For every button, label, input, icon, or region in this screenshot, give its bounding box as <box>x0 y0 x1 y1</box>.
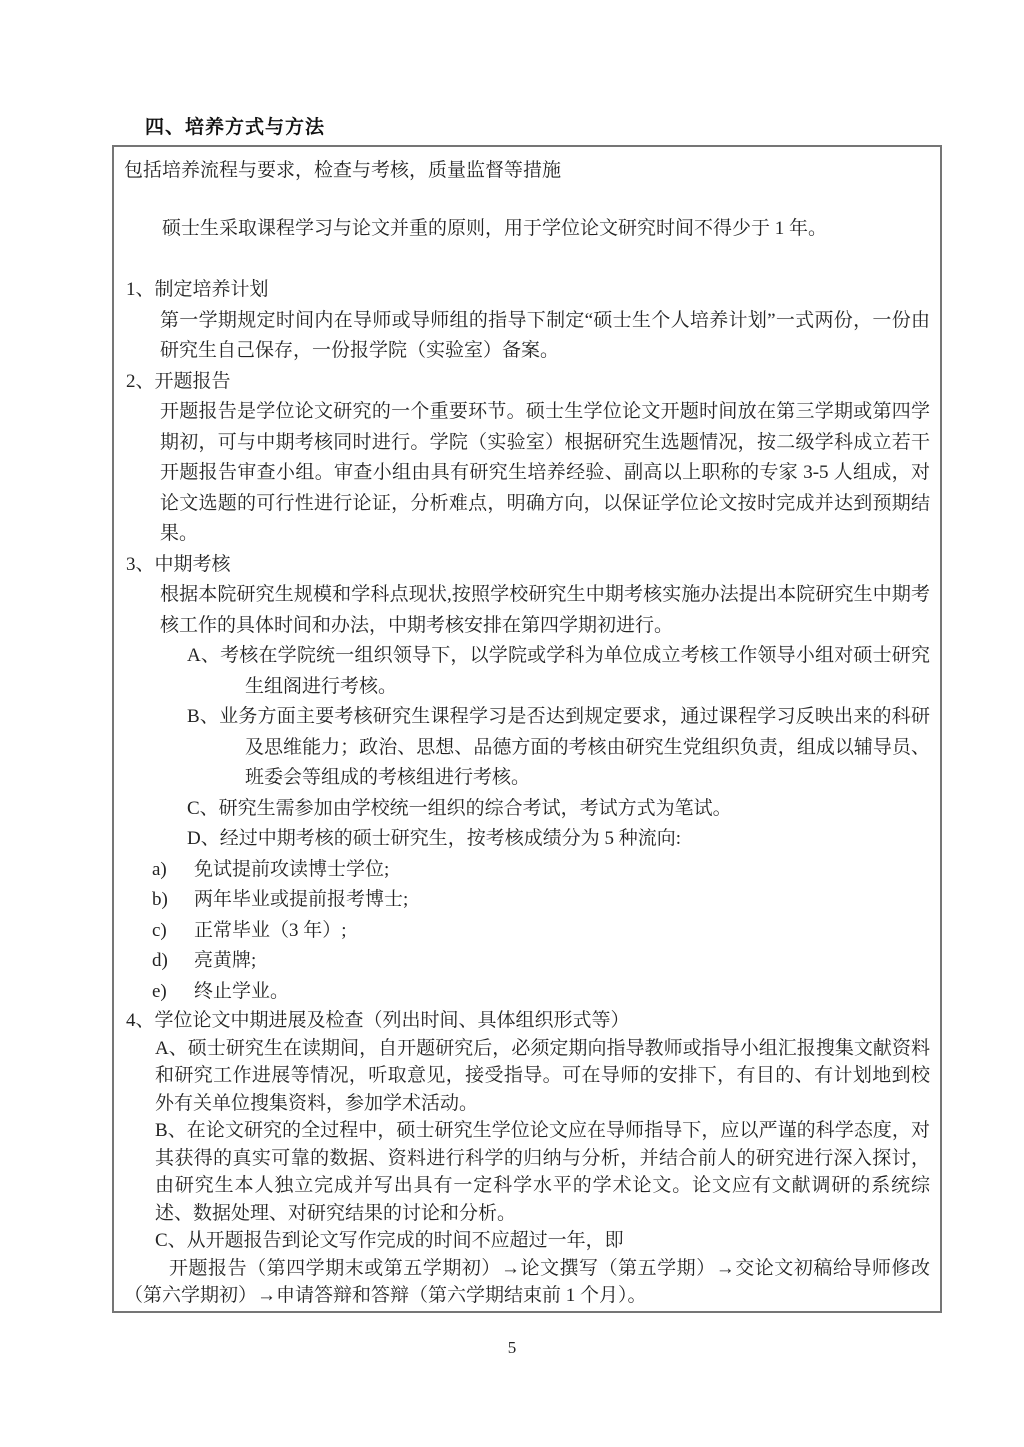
outcome-text: 终止学业。 <box>194 977 932 1008</box>
section-3-heading: 3、中期考核 <box>126 550 932 581</box>
section-1-body: 第一学期规定时间内在导师或导师组的指导下制定“硕士生个人培养计划”一式两份，一份… <box>160 306 930 367</box>
progress-item-c: C、从开题报告到论文写作完成的时间不应超过一年，即 <box>155 1227 930 1255</box>
outcome-item: c) 正常毕业（3 年）; <box>124 916 932 947</box>
assessment-item-b: B、业务方面主要考核研究生课程学习是否达到规定要求，通过课程学习反映出来的科研及… <box>124 702 930 794</box>
outcome-item: a) 免试提前攻读博士学位; <box>124 855 932 886</box>
outcome-label: d) <box>152 946 194 977</box>
thesis-timeline-flow: 开题报告（第四学期末或第五学期初）→论文撰写（第五学期）→交论文初稿给导师修改（… <box>124 1255 930 1310</box>
section-4: 4、学位论文中期进展及检查（列出时间、具体组织形式等） A、硕士研究生在读期间，… <box>124 1007 932 1310</box>
section-1-heading: 1、制定培养计划 <box>126 275 932 306</box>
progress-item-b: B、在论文研究的全过程中，硕士研究生学位论文应在导师指导下，应以严谨的科学态度，… <box>155 1117 930 1227</box>
assessment-item-c: C、研究生需参加由学校统一组织的综合考试，考试方式为笔试。 <box>124 794 930 825</box>
outcome-label: c) <box>152 916 194 947</box>
progress-item-a: A、硕士研究生在读期间，自开题研究后，必须定期向指导教师或指导小组汇报搜集文献资… <box>155 1035 930 1118</box>
page-number: 5 <box>0 1338 1024 1358</box>
assessment-item-d: D、经过中期考核的硕士研究生，按考核成绩分为 5 种流向: <box>124 824 930 855</box>
assessment-item-a: A、考核在学院统一组织领导下，以学院或学科为单位成立考核工作领导小组对硕士研究生… <box>124 641 930 702</box>
outcome-text: 两年毕业或提前报考博士; <box>194 885 932 916</box>
section-title: 四、培养方式与方法 <box>145 112 325 139</box>
section-3-body: 根据本院研究生规模和学科点现状,按照学校研究生中期考核实施办法提出本院研究生中期… <box>160 580 930 641</box>
section-2-heading: 2、开题报告 <box>126 367 932 398</box>
section-2-body: 开题报告是学位论文研究的一个重要环节。硕士生学位论文开题时间放在第三学期或第四学… <box>160 397 930 550</box>
outcome-item: e) 终止学业。 <box>124 977 932 1008</box>
document-page: 四、培养方式与方法 包括培养流程与要求，检查与考核，质量监督等措施 硕士生采取课… <box>0 0 1024 1447</box>
outcome-label: e) <box>152 977 194 1008</box>
outcome-text: 亮黄牌; <box>194 946 932 977</box>
outcome-label: a) <box>152 855 194 886</box>
content-box: 包括培养流程与要求，检查与考核，质量监督等措施 硕士生采取课程学习与论文并重的原… <box>112 145 942 1313</box>
intro-paragraph: 硕士生采取课程学习与论文并重的原则，用于学位论文研究时间不得少于 1 年。 <box>124 214 932 245</box>
outcome-item: b) 两年毕业或提前报考博士; <box>124 885 932 916</box>
section-4-heading: 4、学位论文中期进展及检查（列出时间、具体组织形式等） <box>126 1007 932 1035</box>
outcome-text: 免试提前攻读博士学位; <box>194 855 932 886</box>
box-caption: 包括培养流程与要求，检查与考核，质量监督等措施 <box>124 156 932 187</box>
outcome-item: d) 亮黄牌; <box>124 946 932 977</box>
outcome-text: 正常毕业（3 年）; <box>194 916 932 947</box>
outcome-label: b) <box>152 885 194 916</box>
